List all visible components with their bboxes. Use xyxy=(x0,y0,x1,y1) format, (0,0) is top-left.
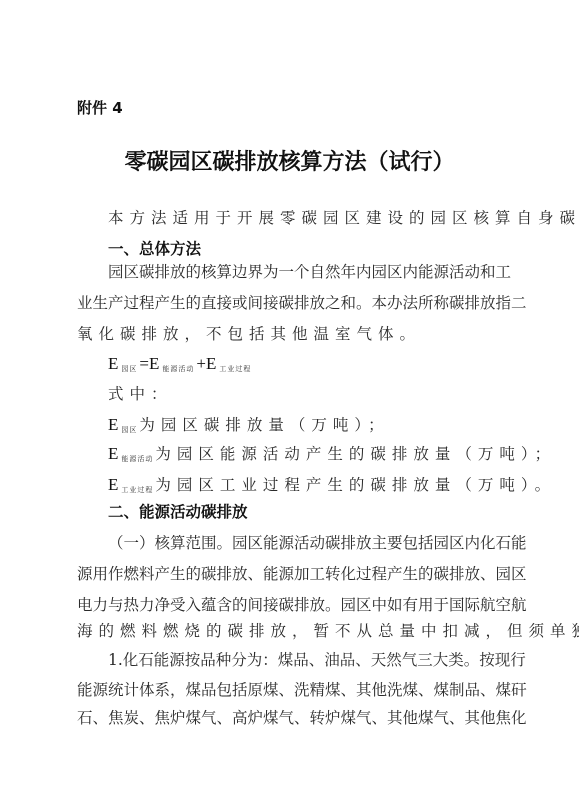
paragraph-line: 氧化碳排放，不包括其他温室气体。 xyxy=(77,322,502,346)
formula-plus: + xyxy=(196,354,206,373)
formula-eq: = xyxy=(139,354,149,373)
section-heading-2: 二、能源活动碳排放 xyxy=(108,500,248,524)
paragraph-line: 1.化石能源按品种分为：煤品、油品、天然气三大类。按现行 xyxy=(108,648,502,672)
formula-sub-energy: 能源活动 xyxy=(162,365,194,373)
definition-sub: 工业过程 xyxy=(121,486,153,494)
formula-e: E xyxy=(108,475,118,494)
paragraph-line: 石、焦炭、焦炉煤气、高炉煤气、转炉煤气、其他煤气、其他焦化 xyxy=(77,706,502,730)
definition-sub: 园区 xyxy=(121,426,137,434)
definition-text: 为园区工业过程产生的碳排放量（万吨）。 xyxy=(155,476,556,494)
document-title: 零碳园区碳排放核算方法（试行） xyxy=(0,145,579,176)
where-label: 式中： xyxy=(108,382,502,406)
paragraph-line: 园区碳排放的核算边界为一个自然年内园区内能源活动和工 xyxy=(108,260,502,284)
definition-line: E工业过程为园区工业过程产生的碳排放量（万吨）。 xyxy=(108,473,502,497)
formula-e: E xyxy=(108,415,118,434)
formula: E园区=E能源活动+E工业过程 xyxy=(108,352,502,376)
definition-line: E能源活动为园区能源活动产生的碳排放量（万吨）； xyxy=(108,442,502,466)
formula-e: E xyxy=(206,354,216,373)
definition-line: E园区为园区碳排放量（万吨）； xyxy=(108,413,502,437)
attachment-label: 附件 4 xyxy=(77,97,123,118)
formula-sub-park: 园区 xyxy=(121,365,137,373)
definition-sub: 能源活动 xyxy=(121,455,153,463)
formula-e: E xyxy=(108,444,118,463)
intro-paragraph: 本方法适用于开展零碳园区建设的园区核算自身碳排放。 xyxy=(108,206,502,230)
formula-e: E xyxy=(108,354,118,373)
paragraph-line: 能源统计体系，煤品包括原煤、洗精煤、其他洗煤、煤制品、煤矸 xyxy=(77,678,502,702)
formula-e: E xyxy=(149,354,159,373)
definition-text: 为园区碳排放量（万吨）； xyxy=(139,416,389,434)
paragraph-line: 电力与热力净受入蕴含的间接碳排放。园区中如有用于国际航空航 xyxy=(77,593,502,617)
formula-sub-industry: 工业过程 xyxy=(219,365,251,373)
paragraph-line: 海的燃料燃烧的碳排放，暂不从总量中扣减，但须单独列出。 xyxy=(77,619,502,643)
paragraph-line: 业生产过程产生的直接或间接碳排放之和。本办法所称碳排放指二 xyxy=(77,291,502,315)
paragraph-line: 源用作燃料产生的碳排放、能源加工转化过程产生的碳排放、园区 xyxy=(77,562,502,586)
paragraph-line: （一）核算范围。园区能源活动碳排放主要包括园区内化石能 xyxy=(108,531,502,555)
section-heading-1: 一、总体方法 xyxy=(108,237,201,261)
definition-text: 为园区能源活动产生的碳排放量（万吨）； xyxy=(155,445,556,463)
